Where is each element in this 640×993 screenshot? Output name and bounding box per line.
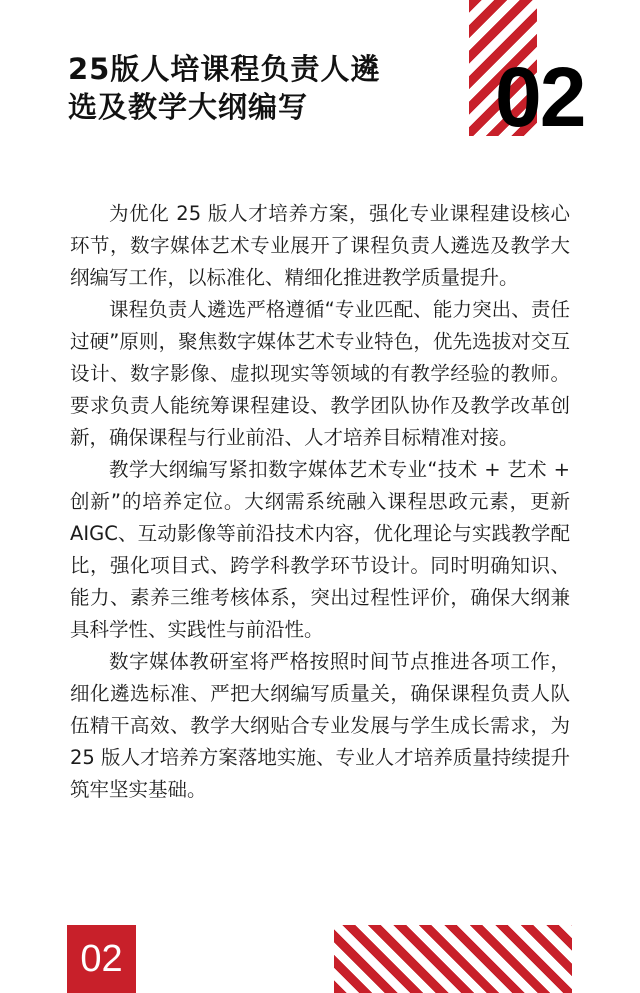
title-line-1: 25版人培课程负责人遴 bbox=[68, 50, 428, 88]
paragraph-4: 数字媒体教研室将严格按照时间节点推进各项工作，细化遴选标准、严把大纲编写质量关，… bbox=[70, 646, 570, 806]
section-number-large: 02 bbox=[495, 52, 584, 142]
page-title: 25版人培课程负责人遴 选及教学大纲编写 bbox=[68, 50, 428, 126]
decorative-stripes-bottom bbox=[334, 925, 572, 993]
paragraph-1: 为优化 25 版人才培养方案，强化专业课程建设核心环节，数字媒体艺术专业展开了课… bbox=[70, 198, 570, 294]
paragraph-2: 课程负责人遴选严格遵循“专业匹配、能力突出、责任过硬”原则，聚焦数字媒体艺术专业… bbox=[70, 294, 570, 454]
section-number-badge: 02 bbox=[67, 925, 136, 993]
title-line-2: 选及教学大纲编写 bbox=[68, 88, 428, 126]
article-body: 为优化 25 版人才培养方案，强化专业课程建设核心环节，数字媒体艺术专业展开了课… bbox=[70, 198, 570, 806]
paragraph-3: 教学大纲编写紧扣数字媒体艺术专业“技术 + 艺术 + 创新”的培养定位。大纲需系… bbox=[70, 454, 570, 646]
